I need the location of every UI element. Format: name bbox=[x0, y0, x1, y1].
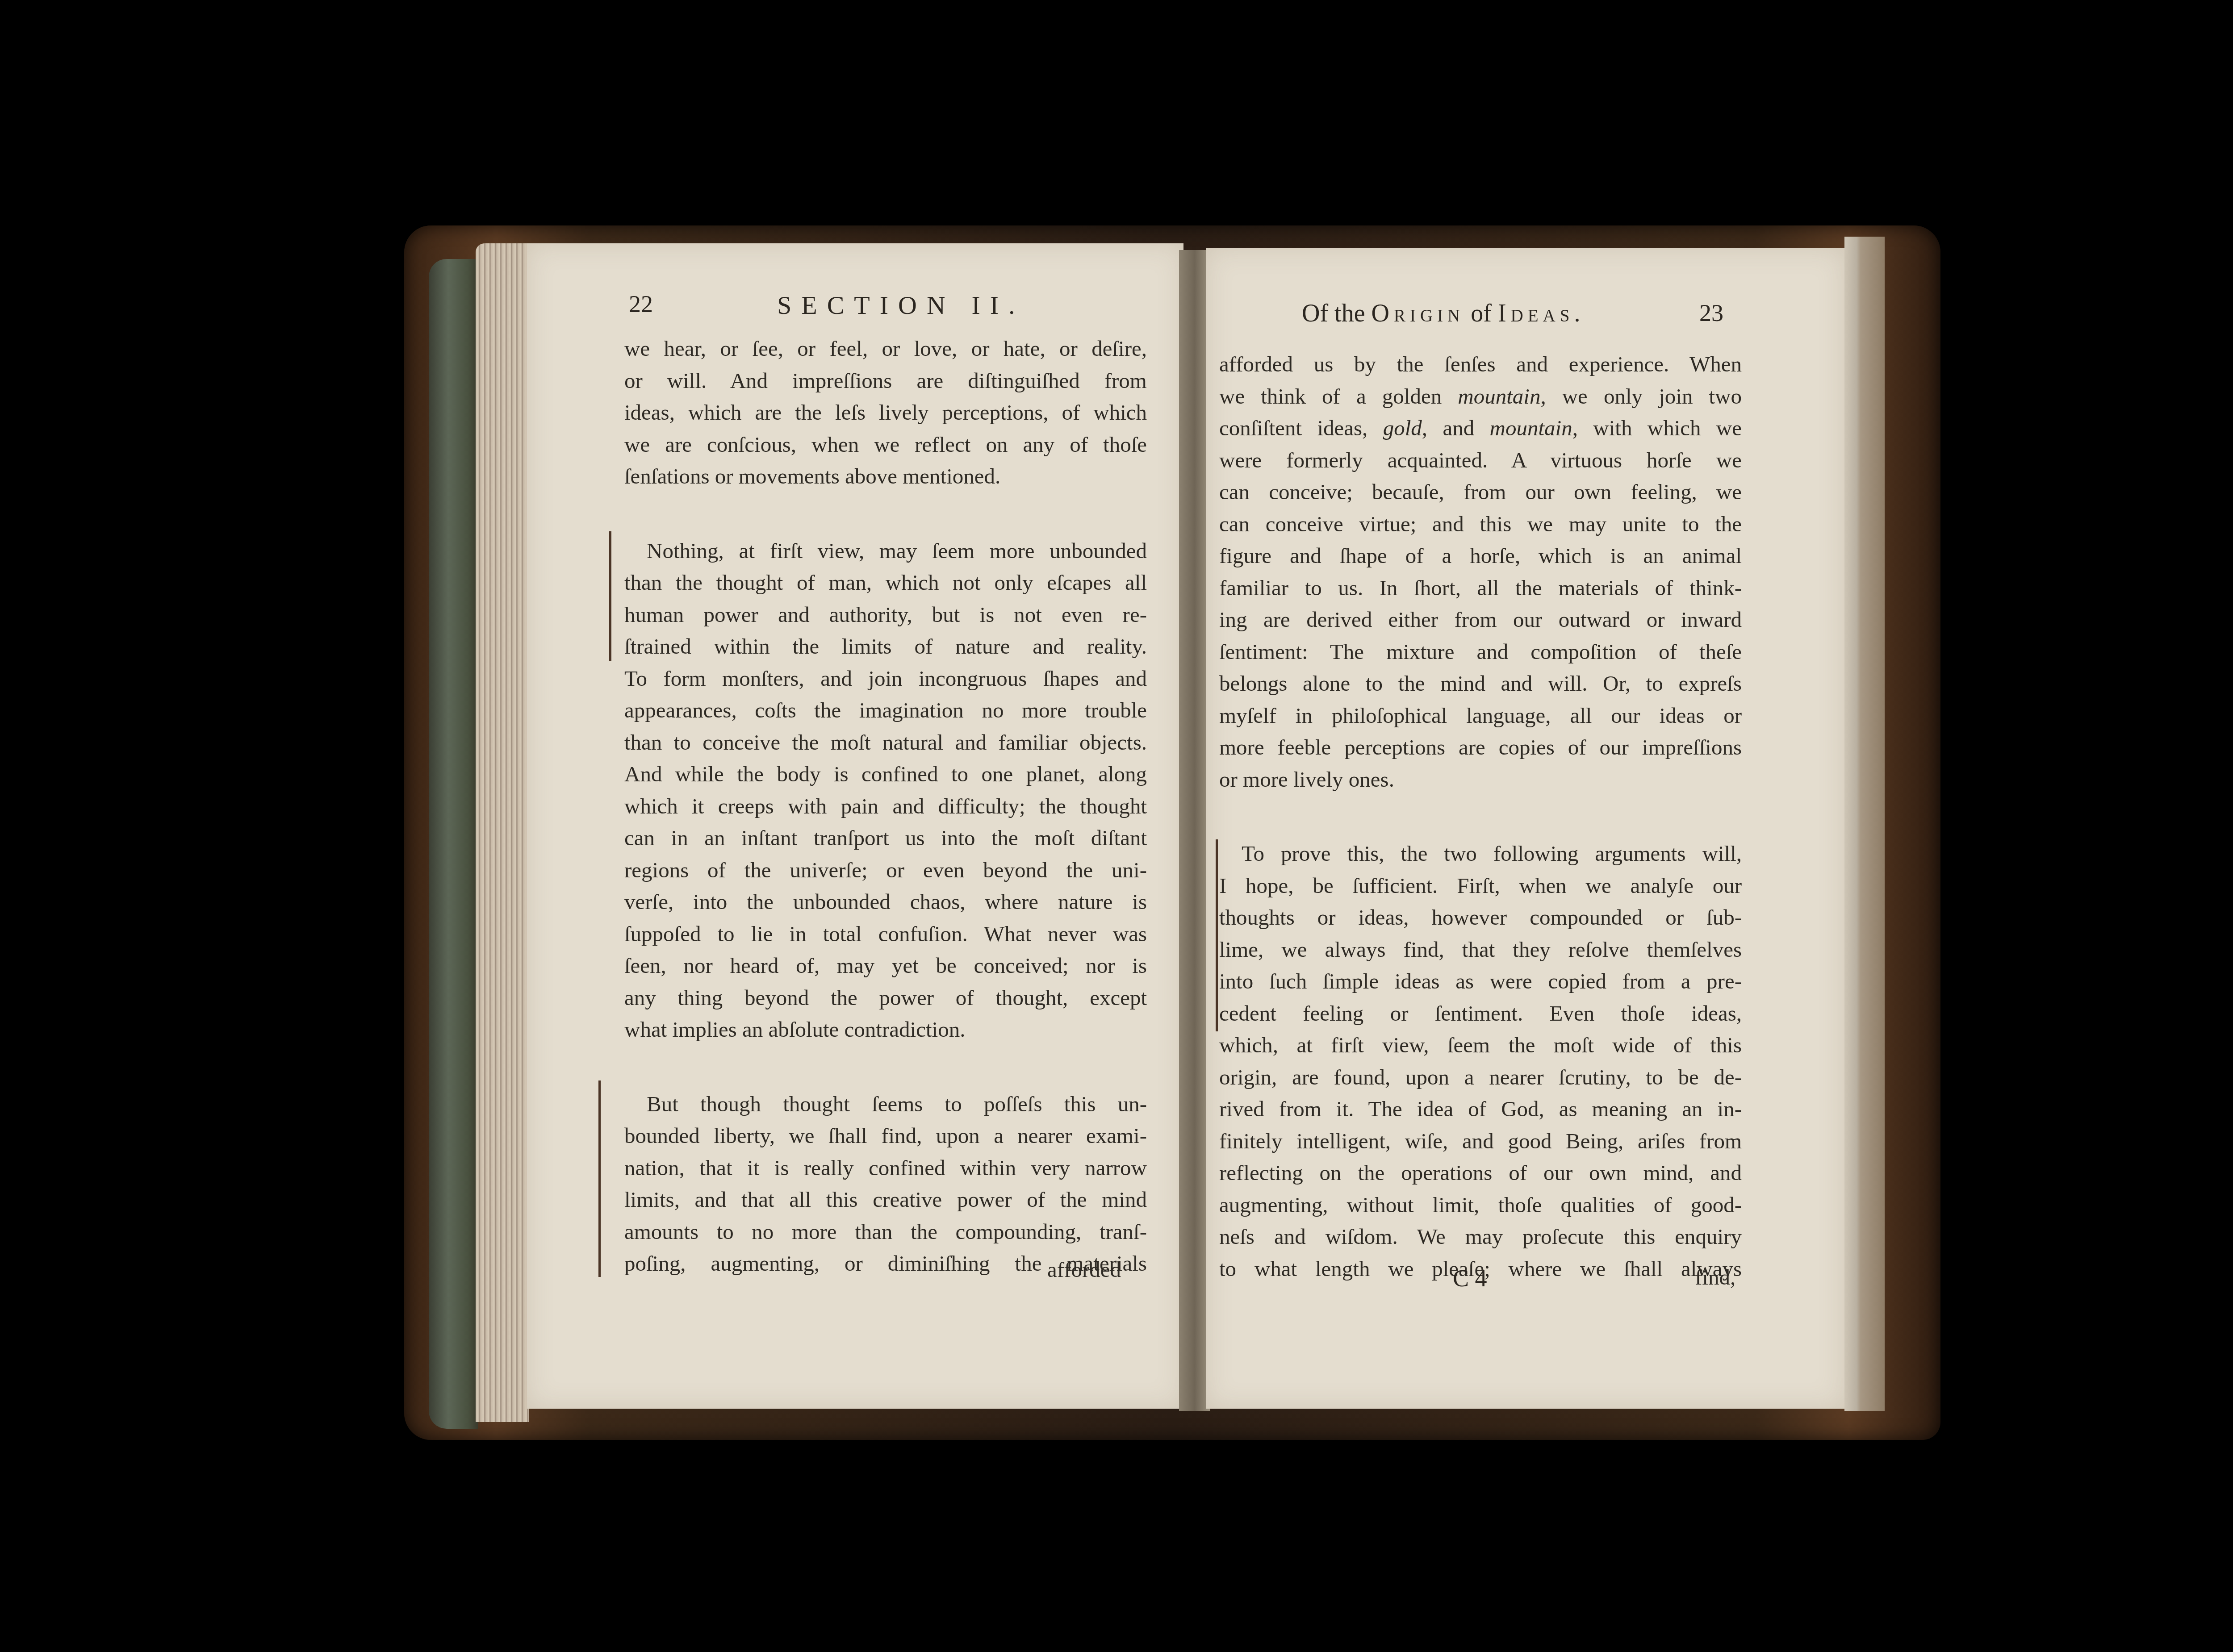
text-line: which, at firſt view, ſeem the moſt wide… bbox=[1219, 1029, 1742, 1061]
running-head-origin: Origin bbox=[1372, 300, 1465, 327]
text-line: finitely intelligent, wiſe, and good Bei… bbox=[1219, 1125, 1742, 1157]
text-line: ideas, which are the leſs lively percept… bbox=[624, 396, 1147, 429]
text-line: lime, we always find, that they reſolve … bbox=[1219, 934, 1742, 966]
text-line: augmenting, without limit, thoſe qualiti… bbox=[1219, 1189, 1742, 1221]
paragraph: Nothing, at firſt view, may ſeem more un… bbox=[624, 535, 1147, 1046]
text-line: we are conſcious, when we reflect on any… bbox=[624, 429, 1147, 461]
text-line: thoughts or ideas, however compounded or… bbox=[1219, 901, 1742, 934]
text-line: or more lively ones. bbox=[1219, 763, 1742, 796]
text-line: Nothing, at firſt view, may ſeem more un… bbox=[624, 535, 1147, 567]
text-line: figure and ſhape of a horſe, which is an… bbox=[1219, 540, 1742, 572]
text-line: than to conceive the moſt natural and fa… bbox=[624, 726, 1147, 759]
text-line: ſentiment: The mixture and compoſition o… bbox=[1219, 636, 1742, 668]
left-page-number: 22 bbox=[629, 290, 653, 318]
text-line: And while the body is confined to one pl… bbox=[624, 758, 1147, 790]
text-line: which it creeps with pain and difficulty… bbox=[624, 790, 1147, 822]
running-head-ideas: Ideas. bbox=[1498, 300, 1585, 327]
text-line: than the thought of man, which not only … bbox=[624, 567, 1147, 599]
text-line: origin, are found, upon a nearer ſcrutin… bbox=[1219, 1061, 1742, 1093]
page-edges-left bbox=[476, 243, 529, 1422]
text-line: we hear, or ſee, or feel, or love, or ha… bbox=[624, 333, 1147, 365]
text-line: can conceive; becauſe, from our own feel… bbox=[1219, 476, 1742, 508]
paragraph-gap bbox=[624, 492, 1147, 535]
text-line: limits, and that all this creative power… bbox=[624, 1184, 1147, 1216]
text-line: can in an inſtant tranſport us into the … bbox=[624, 822, 1147, 854]
italic-word: mountain bbox=[1490, 416, 1572, 440]
text-line: I hope, be ſufficient. Firſt, when we an… bbox=[1219, 870, 1742, 902]
margin-mark-1 bbox=[609, 531, 611, 661]
text-line: ing are derived either from our outward … bbox=[1219, 604, 1742, 636]
running-head-prefix: Of the bbox=[1302, 300, 1372, 327]
text-line: conſiſtent ideas, gold, and mountain, wi… bbox=[1219, 412, 1742, 444]
paragraph: afforded us by the ſenſes and experience… bbox=[1219, 348, 1742, 795]
text-line: into ſuch ſimple ideas as were copied fr… bbox=[1219, 965, 1742, 997]
text-line: more feeble perceptions are copies of ou… bbox=[1219, 731, 1742, 763]
text-line: afforded us by the ſenſes and experience… bbox=[1219, 348, 1742, 380]
right-catchword: find, bbox=[1695, 1264, 1735, 1290]
left-catchword: afforded bbox=[1047, 1257, 1121, 1282]
text-line: regions of the univerſe; or even beyond … bbox=[624, 854, 1147, 886]
italic-word: mountain bbox=[1458, 384, 1540, 409]
right-page-number: 23 bbox=[1699, 299, 1723, 327]
page-edges-right bbox=[1844, 237, 1885, 1411]
text-line: reflecting on the operations of our own … bbox=[1219, 1157, 1742, 1189]
text-line: were formerly acquainted. A virtuous hor… bbox=[1219, 444, 1742, 476]
text-line: myſelf in philoſophical language, all ou… bbox=[1219, 700, 1742, 732]
text-line: ſeen, nor heard of, may yet be conceived… bbox=[624, 950, 1147, 982]
text-line: ſuppoſed to lie in total confuſion. What… bbox=[624, 918, 1147, 950]
text-line: familiar to us. In ſhort, all the materi… bbox=[1219, 572, 1742, 604]
paragraph: But though thought ſeems to poſſeſs this… bbox=[624, 1088, 1147, 1280]
text-line: But though thought ſeems to poſſeſs this… bbox=[624, 1088, 1147, 1120]
text-line: verſe, into the unbounded chaos, where n… bbox=[624, 886, 1147, 918]
text-line: belongs alone to the mind and will. Or, … bbox=[1219, 667, 1742, 700]
margin-mark-3 bbox=[1216, 839, 1218, 1031]
text-line: nation, that it is really confined withi… bbox=[624, 1152, 1147, 1184]
marbled-endpaper bbox=[429, 259, 478, 1429]
text-line: ſenſations or movements above mentioned. bbox=[624, 460, 1147, 492]
margin-mark-2 bbox=[598, 1080, 601, 1277]
italic-word: gold bbox=[1383, 416, 1422, 440]
right-page-text: afforded us by the ſenſes and experience… bbox=[1219, 348, 1742, 1285]
text-line: appearances, coſts the imagination no mo… bbox=[624, 694, 1147, 726]
paragraph: we hear, or ſee, or feel, or love, or ha… bbox=[624, 333, 1147, 492]
text-line: cedent feeling or ſentiment. Even thoſe … bbox=[1219, 997, 1742, 1030]
text-line: ſtrained within the limits of nature and… bbox=[624, 630, 1147, 663]
text-line: amounts to no more than the compounding,… bbox=[624, 1216, 1147, 1248]
text-line: To form monſters, and join incongruous ſ… bbox=[624, 663, 1147, 695]
right-running-head: Of the Origin of Ideas. bbox=[1302, 299, 1585, 328]
running-head-mid: of bbox=[1464, 300, 1498, 327]
signature-mark: C 4 bbox=[1453, 1264, 1487, 1292]
text-line: what implies an abſolute contradiction. bbox=[624, 1014, 1147, 1046]
text-line: can conceive virtue; and this we may uni… bbox=[1219, 508, 1742, 540]
paragraph-gap bbox=[624, 1046, 1147, 1088]
text-line: we think of a golden mountain, we only j… bbox=[1219, 380, 1742, 413]
left-page-text: we hear, or ſee, or feel, or love, or ha… bbox=[624, 333, 1147, 1280]
paragraph: To prove this, the two following argumen… bbox=[1219, 838, 1742, 1285]
text-line: human power and authority, but is not ev… bbox=[624, 599, 1147, 631]
text-line: neſs and wiſdom. We may proſecute this e… bbox=[1219, 1221, 1742, 1253]
text-line: any thing beyond the power of thought, e… bbox=[624, 982, 1147, 1014]
text-line: bounded liberty, we ſhall find, upon a n… bbox=[624, 1120, 1147, 1152]
text-line: rived from it. The idea of God, as meani… bbox=[1219, 1093, 1742, 1125]
left-running-head: SECTION II. bbox=[777, 290, 1025, 320]
text-line: To prove this, the two following argumen… bbox=[1219, 838, 1742, 870]
text-line: or will. And impreſſions are diſtinguiſh… bbox=[624, 365, 1147, 397]
paragraph-gap bbox=[1219, 795, 1742, 838]
